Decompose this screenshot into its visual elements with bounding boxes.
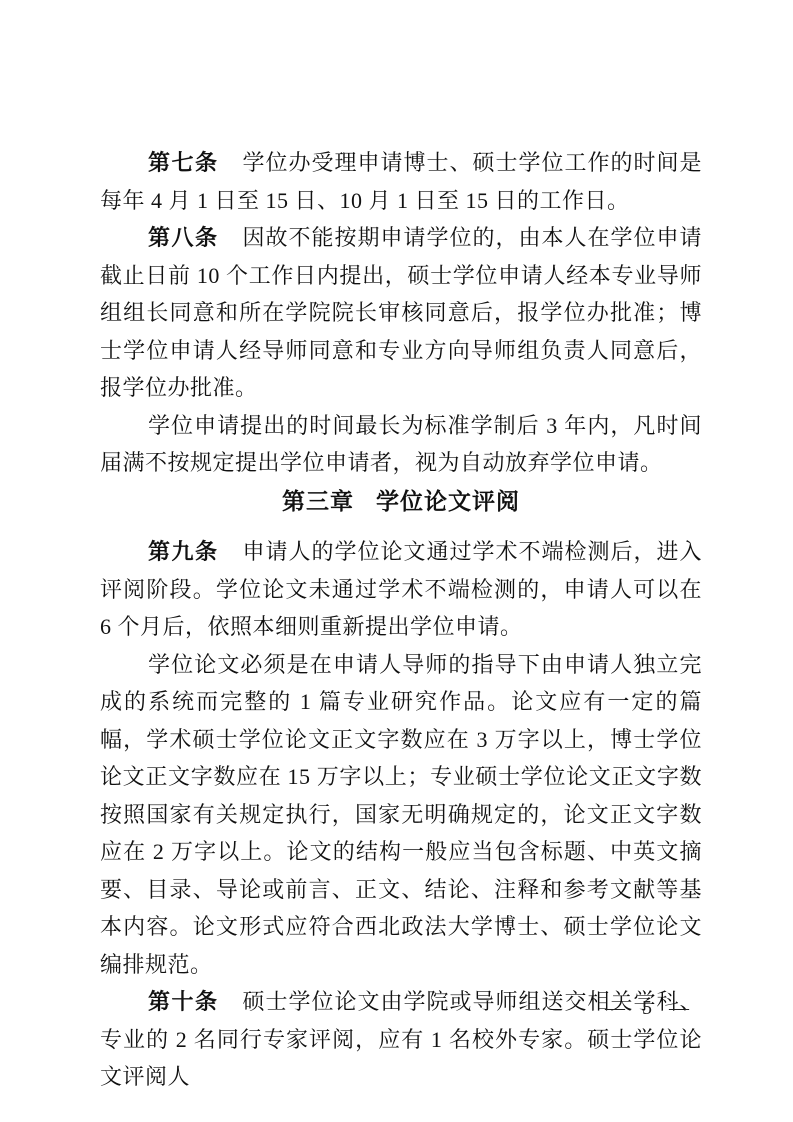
chapter-title: 学位论文评阅 bbox=[376, 488, 520, 514]
body-paragraph: 学位申请提出的时间最长为标准学制后 3 年内，凡时间届满不按规定提出学位申请者，… bbox=[100, 407, 702, 482]
document-body: 第七条学位办受理申请博士、硕士学位工作的时间是每年 4 月 1 日至 15 日、… bbox=[100, 144, 702, 1096]
paragraph-text: 学位申请提出的时间最长为标准学制后 3 年内，凡时间届满不按规定提出学位申请者，… bbox=[100, 413, 702, 476]
page-number-text: — 5 — bbox=[605, 997, 695, 1019]
article-number: 第八条 bbox=[148, 225, 219, 250]
paragraph-text: 因故不能按期申请学位的，由本人在学位申请截止日前 10 个工作日内提出，硕士学位… bbox=[100, 225, 702, 400]
article-paragraph: 第八条因故不能按期申请学位的，由本人在学位申请截止日前 10 个工作日内提出，硕… bbox=[100, 219, 702, 407]
article-number: 第九条 bbox=[148, 539, 219, 564]
article-paragraph: 第九条申请人的学位论文通过学术不端检测后，进入评阅阶段。学位论文未通过学术不端检… bbox=[100, 533, 702, 646]
article-number: 第七条 bbox=[148, 150, 219, 175]
chapter-heading: 第三章学位论文评阅 bbox=[100, 483, 702, 521]
article-number: 第十条 bbox=[148, 989, 219, 1014]
page-number: — 5 — bbox=[605, 995, 695, 1021]
article-paragraph: 第七条学位办受理申请博士、硕士学位工作的时间是每年 4 月 1 日至 15 日、… bbox=[100, 144, 702, 219]
document-page: 第七条学位办受理申请博士、硕士学位工作的时间是每年 4 月 1 日至 15 日、… bbox=[0, 0, 793, 1122]
paragraph-text: 学位论文必须是在申请人导师的指导下由申请人独立完成的系统而完整的 1 篇专业研究… bbox=[100, 652, 702, 977]
body-paragraph: 学位论文必须是在申请人导师的指导下由申请人独立完成的系统而完整的 1 篇专业研究… bbox=[100, 646, 702, 984]
chapter-label: 第三章 bbox=[282, 488, 354, 514]
